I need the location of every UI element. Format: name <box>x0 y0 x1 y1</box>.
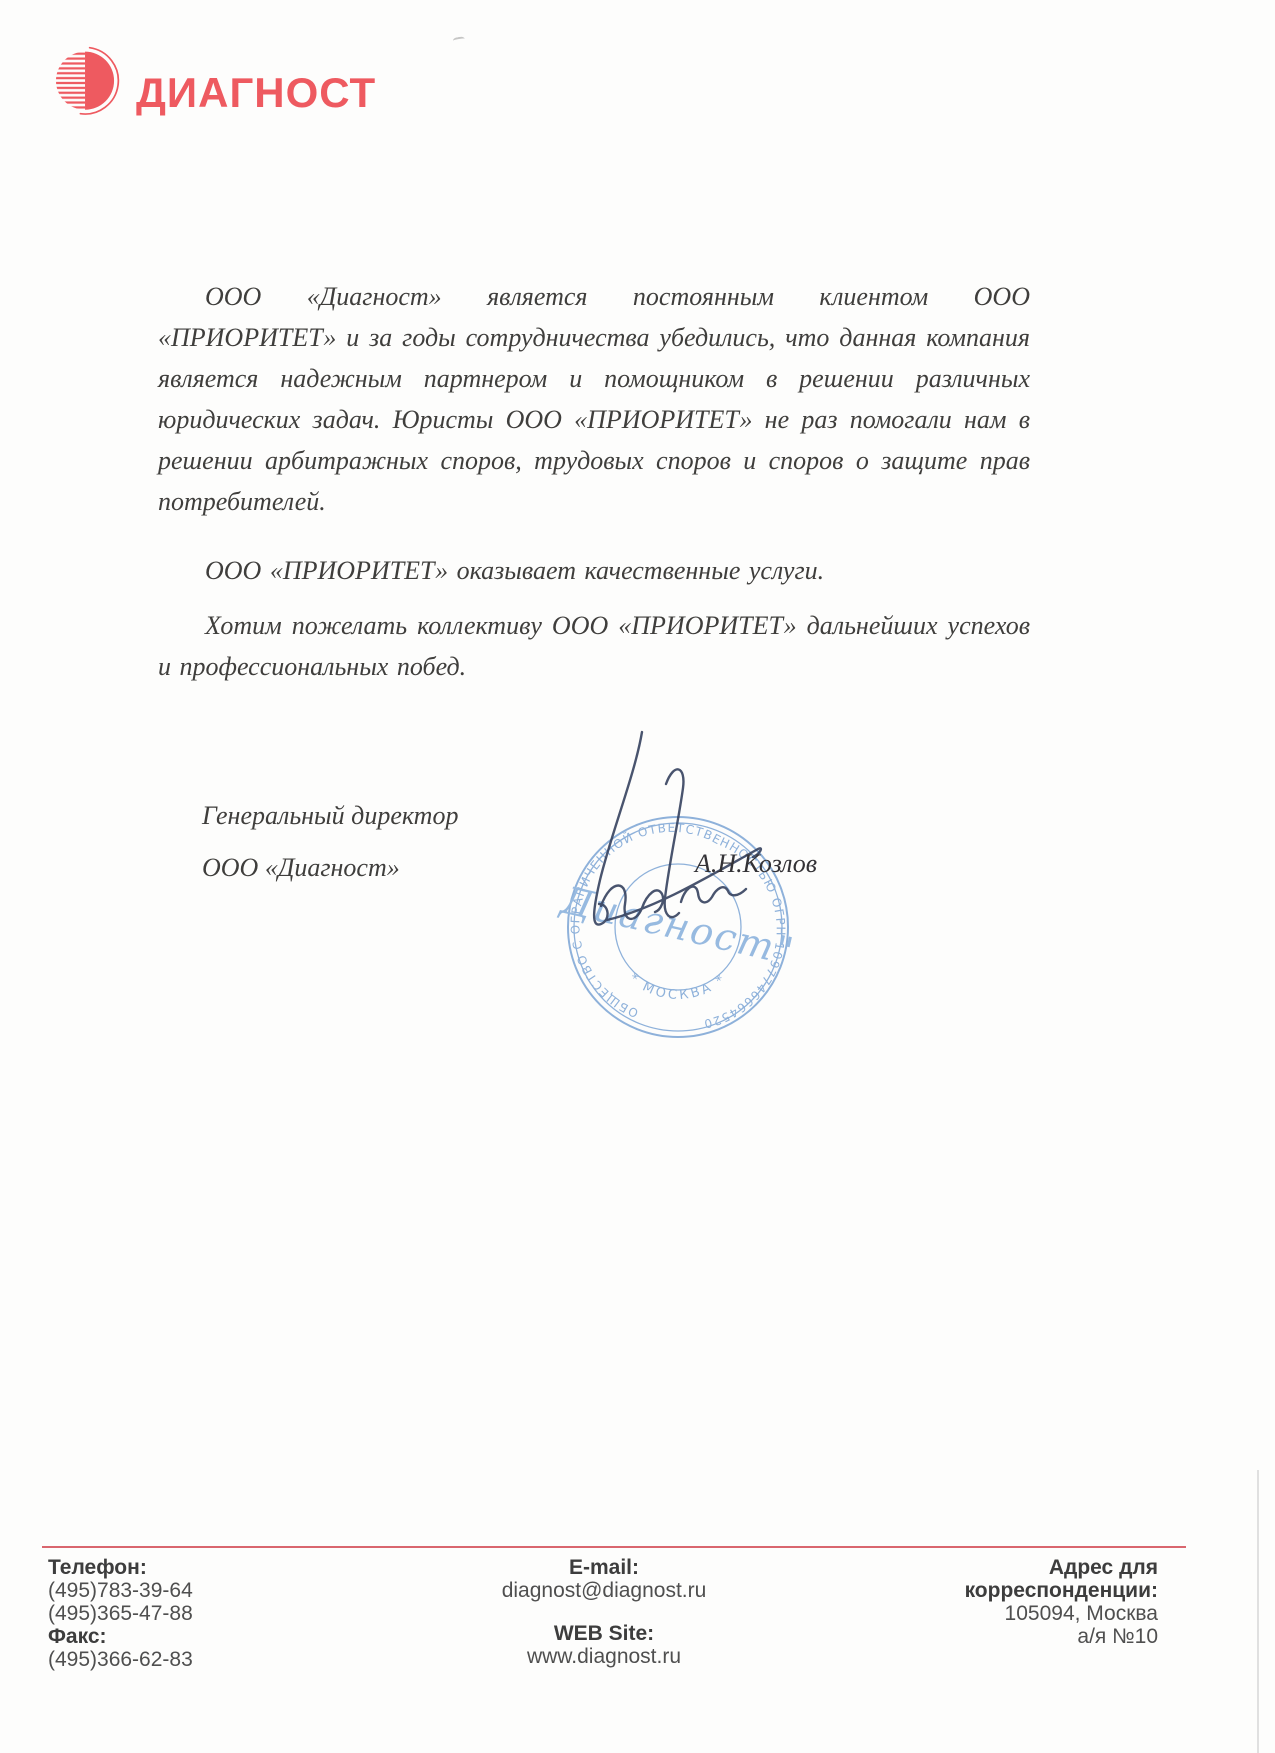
phone-number-1: (495)783-39-64 <box>48 1579 193 1602</box>
signer-title: Генеральный директор <box>202 795 458 836</box>
signature-block: Генеральный директор ООО «Диагност» <box>202 795 458 888</box>
address-line2: а/я №10 <box>1077 1625 1158 1648</box>
footer-divider-line <box>42 1546 1186 1548</box>
scanned-letter-page: { "logo": { "text": "ДИАГНОСТ", "color":… <box>0 0 1275 1753</box>
fax-number: (495)366-62-83 <box>48 1648 193 1671</box>
footer-phone-column: Телефон: (495)783-39-64 (495)365-47-88 Ф… <box>48 1556 193 1671</box>
director-signature <box>545 722 770 957</box>
letter-paragraph-3: Хотим пожелать коллективу ООО «ПРИОРИТЕТ… <box>158 605 1030 687</box>
address-line1: 105094, Москва <box>1005 1602 1158 1625</box>
letter-paragraph-2: ООО «ПРИОРИТЕТ» оказывает качественные у… <box>158 550 1030 591</box>
scan-artifact-dash <box>452 36 465 45</box>
email-label: E-mail: <box>569 1556 639 1579</box>
address-label-line2: корреспонденции: <box>965 1579 1158 1602</box>
web-label: WEB Site: <box>554 1622 654 1645</box>
email-value: diagnost@diagnost.ru <box>502 1579 707 1602</box>
footer-web-column: E-mail: diagnost@diagnost.ru WEB Site: w… <box>454 1556 754 1668</box>
letter-paragraph-1: ООО «Диагност» является постоянным клиен… <box>158 276 1030 522</box>
company-logo-text: ДИАГНОСТ <box>136 69 376 117</box>
address-label-line1: Адрес для <box>1049 1556 1158 1579</box>
letter-body: ООО «Диагност» является постоянным клиен… <box>158 276 1030 687</box>
signer-name: А.Н.Козлов <box>695 849 817 879</box>
company-logo: ДИАГНОСТ <box>54 45 376 123</box>
stamp-city-text: * МОСКВА * <box>626 971 730 1003</box>
phone-number-2: (495)365-47-88 <box>48 1602 193 1625</box>
signer-company: ООО «Диагност» <box>202 847 458 888</box>
footer-address-column: Адрес для корреспонденции: 105094, Москв… <box>860 1556 1158 1648</box>
scan-artifact-edge <box>1257 1470 1259 1753</box>
diagnost-logo-icon <box>54 45 120 123</box>
fax-label: Факс: <box>48 1625 107 1648</box>
phone-label: Телефон: <box>48 1556 147 1579</box>
web-value: www.diagnost.ru <box>527 1645 681 1668</box>
